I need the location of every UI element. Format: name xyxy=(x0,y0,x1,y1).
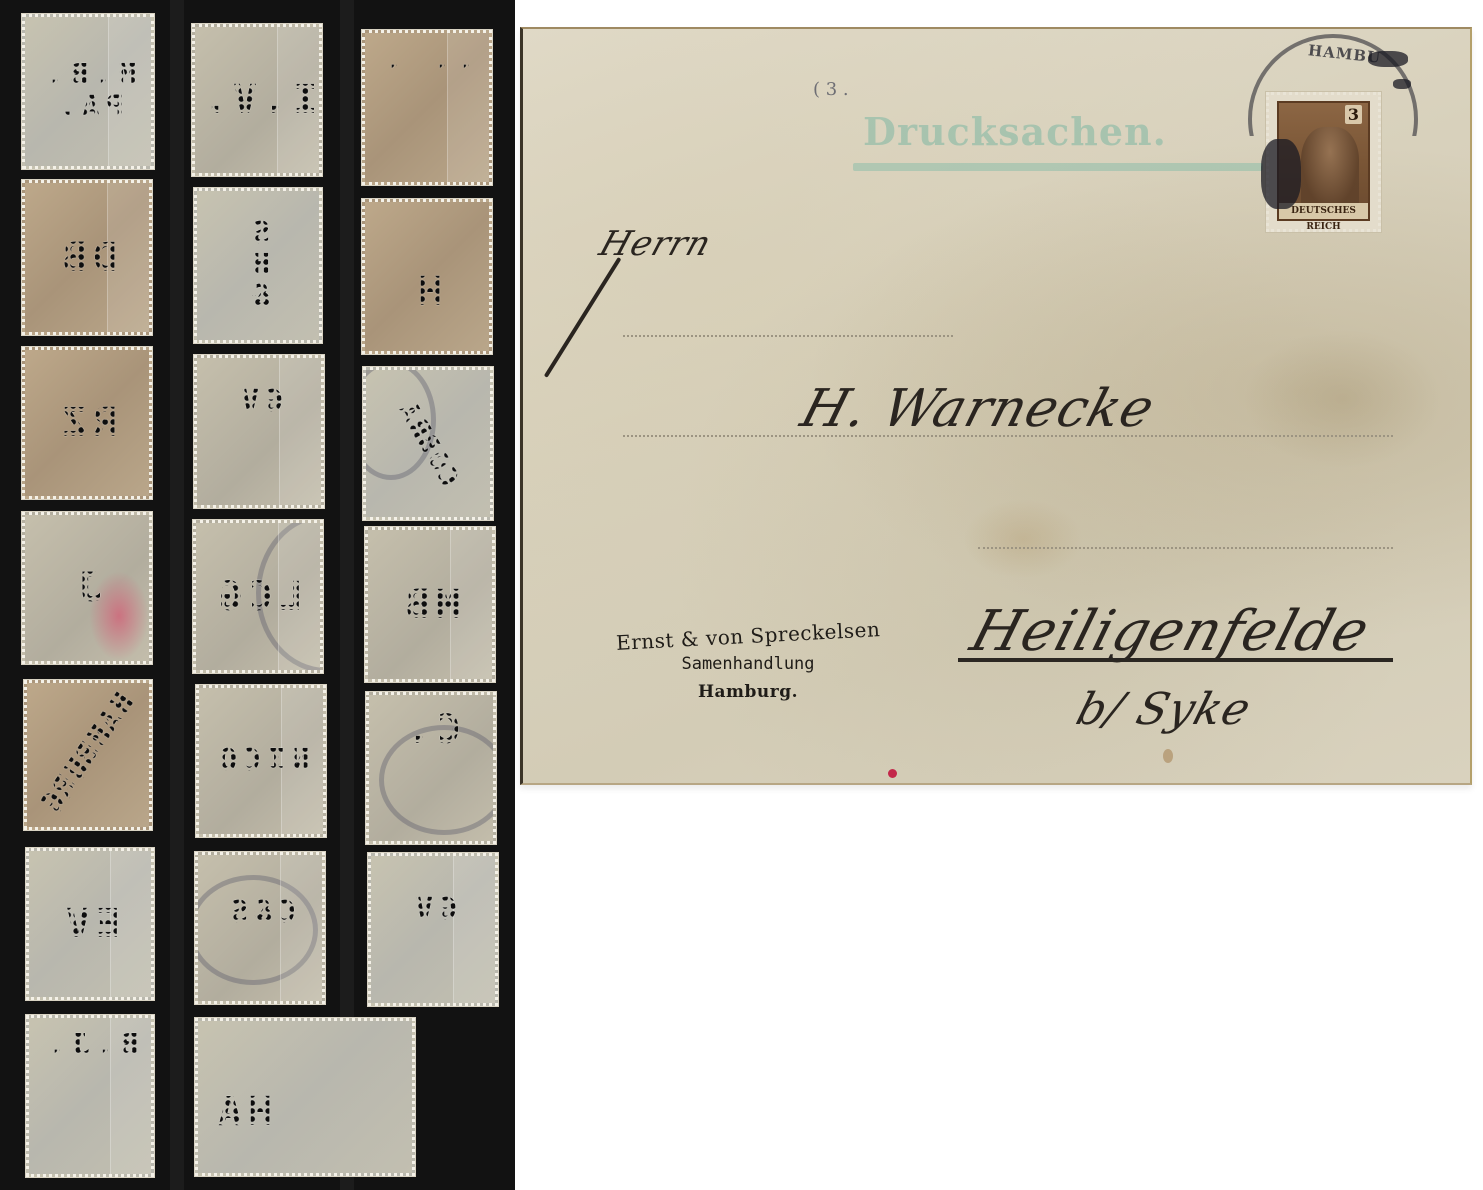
drucksachen-handstamp: Drucksachen. xyxy=(853,109,1263,171)
perfin-stamp: ·· · xyxy=(362,30,492,185)
sender-imprint: Ernst & von Spreckelsen Samenhandlung Ha… xyxy=(598,624,898,702)
perfin-stamp: J xyxy=(22,512,152,664)
perfin-letters: LCG xyxy=(213,576,303,618)
perfin-stamp: HA xyxy=(195,1018,415,1176)
perfin-stamp: MB xyxy=(365,527,495,682)
pencil-mark: ( 3 . xyxy=(813,79,849,100)
city-underline xyxy=(958,658,1393,662)
handstamp-underline xyxy=(853,163,1263,171)
sender-city: Hamburg. xyxy=(598,682,898,702)
perfin-letters: NICO xyxy=(213,745,309,777)
perfin-stamp: C. xyxy=(366,692,496,844)
cancellation-ink xyxy=(1368,51,1408,67)
perfin-letters: DB xyxy=(57,237,117,279)
recipient-name: H. Warnecke xyxy=(794,379,1161,439)
perfin-letters: C. xyxy=(401,709,461,751)
cancellation-ink xyxy=(1393,79,1411,89)
perfin-letters: HA xyxy=(212,1091,272,1133)
germania-figure-icon xyxy=(1301,127,1359,209)
perfin-stamp: NICO xyxy=(196,685,326,837)
salutation-flourish xyxy=(544,257,622,378)
sender-trade: Samenhandlung xyxy=(598,654,898,674)
perfin-stamp: DB xyxy=(22,180,152,335)
perfin-letters: EV xyxy=(60,903,120,945)
perfin-stamp: C&S xyxy=(195,852,325,1004)
perfin-stamp: COBRA xyxy=(363,367,493,520)
album-column-divider xyxy=(340,0,354,1190)
perfin-stamp: I.V. xyxy=(192,24,322,176)
perfin-letters: GV xyxy=(409,894,457,926)
perfin-stamp: GV xyxy=(368,853,498,1006)
perfin-letters: RZ xyxy=(57,402,117,444)
perfin-letters: M.B. PA. xyxy=(40,60,136,123)
perfin-stamp-album: M.B. PA. DB RZ J HAMBURG EV B.J. I.V. S … xyxy=(0,0,515,1190)
perfin-letters: I.V. xyxy=(197,79,317,121)
address-dotted-line xyxy=(623,335,953,337)
red-ink-spot xyxy=(888,769,897,778)
perfin-letters: H xyxy=(412,271,442,313)
album-column-divider xyxy=(170,0,184,1190)
perfin-stamp: LCG xyxy=(193,520,323,673)
recipient-district: b/ Syke xyxy=(1071,684,1257,735)
recipient-salutation: Herrn xyxy=(595,224,717,264)
perfin-stamp: RZ xyxy=(22,347,152,499)
handstamp-text: Drucksachen. xyxy=(863,109,1167,154)
sender-name: Ernst & von Spreckelsen xyxy=(615,617,880,655)
perfin-letters: J xyxy=(72,567,102,609)
perfin-letters: ·· · xyxy=(379,53,475,85)
perfin-letters: GV xyxy=(235,386,283,418)
perfin-letters: HAMBURG xyxy=(35,688,141,821)
address-dotted-line xyxy=(978,547,1393,549)
envelope-cover: ( 3 . Drucksachen. HAMBU 3 DEUTSCHES REI… xyxy=(520,27,1472,785)
stamp-denomination: 3 xyxy=(1345,105,1362,124)
perfin-letters: C&S xyxy=(224,897,296,929)
perfin-stamp: M.B. PA. xyxy=(22,14,154,169)
perfin-stamp: GV xyxy=(194,355,324,508)
perfin-letters: B.J. xyxy=(42,1030,138,1062)
perfin-stamp: S H & xyxy=(194,188,322,343)
perfin-stamp: EV xyxy=(26,848,154,1000)
perfin-letters: S H & xyxy=(246,218,270,313)
perfin-stamp: B.J. xyxy=(26,1015,154,1177)
cancellation-ink xyxy=(1261,139,1301,209)
recipient-city: Heiligenfelde xyxy=(964,599,1377,664)
perfin-stamp: H xyxy=(362,199,492,354)
perfin-letters: MB xyxy=(400,584,460,626)
perfin-stamp: HAMBURG xyxy=(24,680,152,830)
